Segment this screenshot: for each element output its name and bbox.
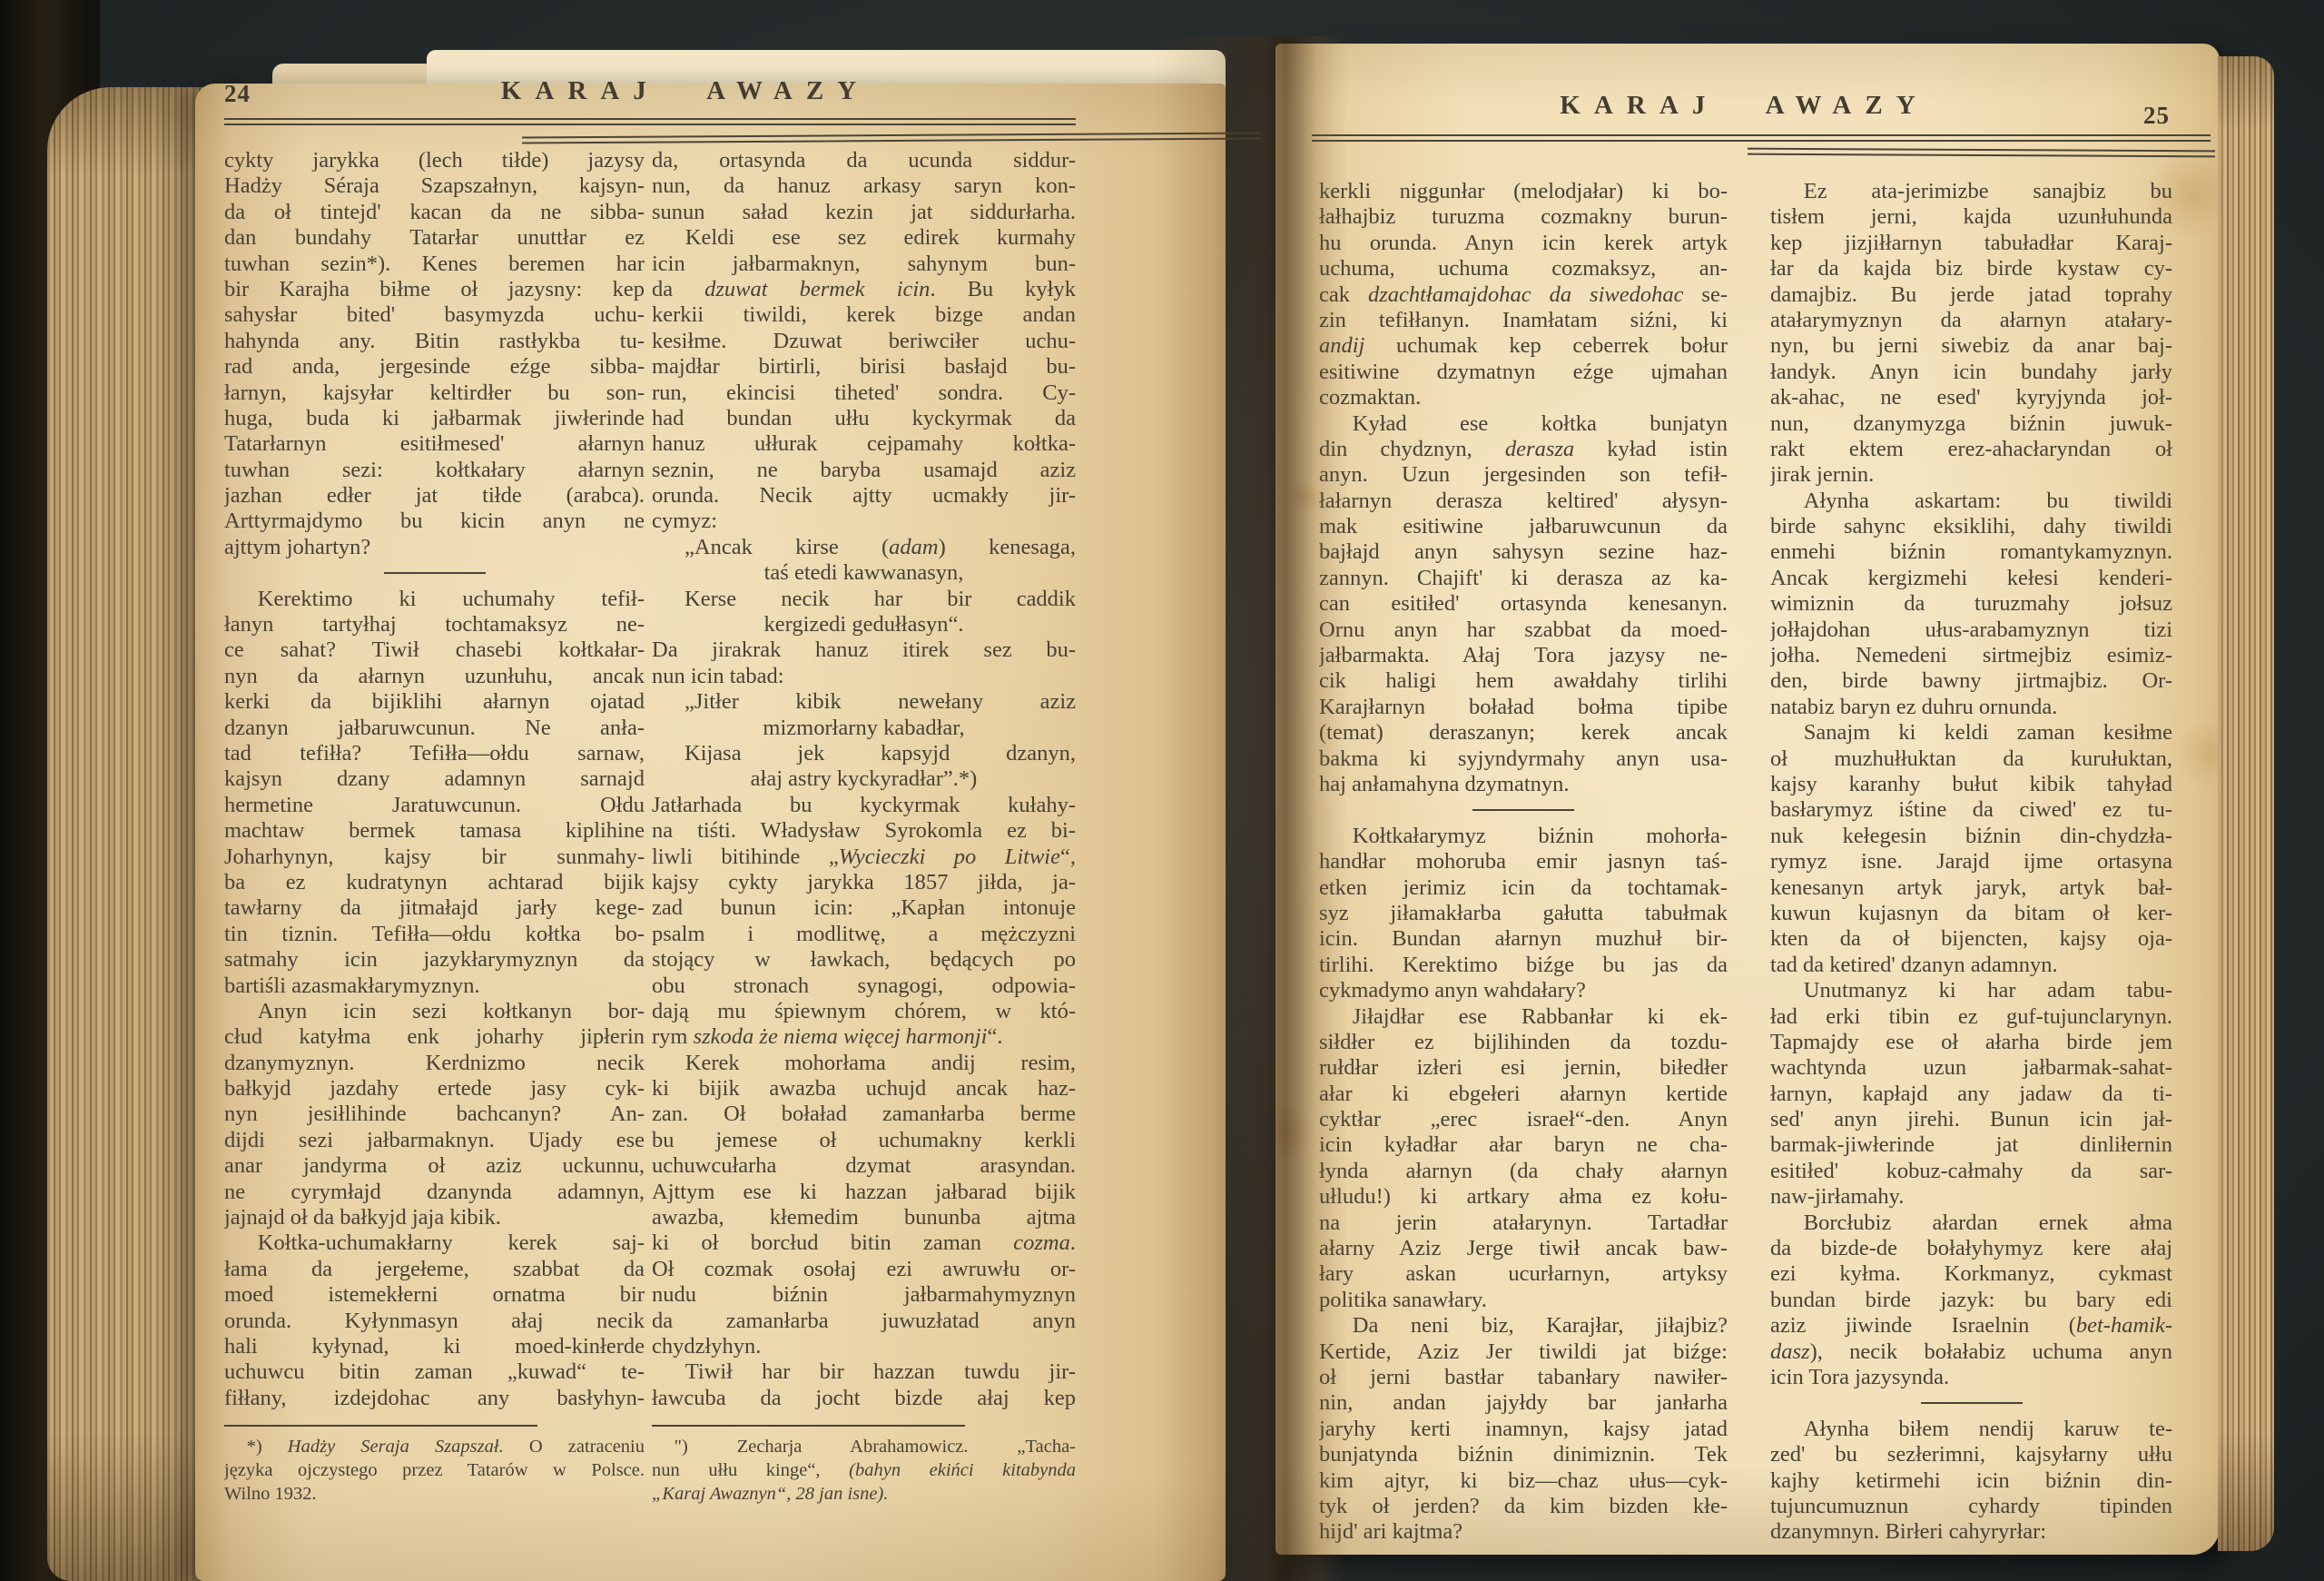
text-line: Tatarłarnyn esitiłmesed' ałarnyn	[224, 431, 645, 457]
text-line: da, ortasynda da ucunda siddur-	[652, 148, 1076, 173]
text-line: oł muzhułłuktan da kurułuktan,	[1770, 746, 2172, 772]
text-line: anar jandyrma oł aziz uckunnu,	[224, 1153, 645, 1179]
verse-line: „Ancak kirse (adam) kenesaga,	[684, 535, 1076, 560]
text-line: wachtynda uzun jałbarmak-sahat-	[1770, 1055, 2172, 1081]
text-line: tisłem jerni, kajda uzunłuhunda	[1770, 204, 2172, 230]
text-line: zin tefiłłanyn. Inamłatam siźni, ki	[1319, 308, 1728, 333]
section-rule	[1921, 1402, 2023, 1404]
text-line: cozmaktan.	[1319, 385, 1728, 410]
text-line: den, birde bawny jirtmajbiz. Or-	[1770, 668, 2172, 694]
text-line: bakma ki syjyndyrmahy anyn usa-	[1319, 746, 1728, 772]
text-line: łarnyn, kajsyłar keltirdłer bu son-	[224, 380, 645, 406]
text-line: nyn da ałarnyn uzunłuhu, ancak	[224, 664, 645, 689]
text-line: ławcuba da jocht bizde ałaj kep	[652, 1386, 1076, 1411]
text-line: cykmadymo anyn wahdałary?	[1319, 978, 1728, 1003]
text-line: nyn jesiłlihinde bachcanyn? An-	[224, 1102, 645, 1127]
text-line: Kołtkałarymyz biźnin mohorła-	[1319, 824, 1728, 849]
text-line: bajłajd anyn sahysyn sezine haz-	[1319, 539, 1728, 565]
footnote-line: ") Zecharja Abrahamowicz. „Tacha-	[652, 1435, 1076, 1458]
text-line: uchuwcułarha dzymat arasyndan.	[652, 1153, 1076, 1179]
text-line: satmahy icin jazykłarymyznyn da	[224, 947, 645, 973]
text-line: liwli bitihinde „Wycieczki po Litwie“,	[652, 845, 1076, 870]
text-line: aziz jiwinde Israelnin (bet-hamik-	[1770, 1313, 2172, 1339]
text-line: jajnajd oł da bałkyjd jaja kibik.	[224, 1205, 645, 1230]
text-line: tin tiznin. Tefiłła—ołdu kołtka bo-	[224, 922, 645, 947]
left-page: 24 KARAJ AWAZY cykty jarykka (lech tiłde…	[195, 84, 1226, 1581]
footnote-line: nun ułłu kinge“, (bahyn ekińci kitabynda	[652, 1458, 1076, 1482]
text-line: icin jałbarmaknyn, sahynym bun-	[652, 252, 1076, 277]
text-line: kerki da bijiklihi ałarnyn ojatad	[224, 689, 645, 715]
text-line: cykty jarykka (lech tiłde) jazysy	[224, 148, 645, 173]
text-line: hali kyłynad, ki moed-kinłerde	[224, 1334, 645, 1359]
text-line: kerkli niggunłar (melodjałar) ki bo-	[1319, 179, 1728, 204]
head-rule	[522, 138, 1262, 144]
text-line: kajsy cykty jarykka 1857 jiłda, ja-	[652, 870, 1076, 895]
text-line: rymyz isne. Jarajd ijme ortasyna	[1770, 849, 2172, 874]
text-line: ułludu!) ki artkary ałma ez kołu-	[1319, 1184, 1728, 1210]
text-line: basłarymyz iśtine da ciwed' ez tu-	[1770, 797, 2172, 823]
text-line: kim ajtyr, ki biz—chaz ułus—cyk-	[1319, 1468, 1728, 1494]
text-line: tad tefiłła? Tefiłła—ołdu sarnaw,	[224, 741, 645, 766]
text-line: bartiśli azasmakłarymyznyn.	[224, 973, 645, 999]
text-line: Da jirakrak hanuz itirek sez bu-	[652, 637, 1076, 663]
text-line: psalm i modlitwę, a mężczyzni	[652, 922, 1076, 947]
text-line: barmak-jiwłerinde jat dinliłernin	[1770, 1132, 2172, 1158]
head-rule	[1748, 148, 2215, 153]
text-line: awazba, kłemedim bununba ajtma	[652, 1205, 1076, 1230]
verse-line: kergizedi gedułłasyn“.	[652, 612, 1076, 637]
text-line: łandyk. Anyn icin bundahy jarły	[1770, 360, 2172, 385]
text-line: (temat) deraszanyn; kerek ancak	[1319, 720, 1728, 746]
text-line: syz jiłamakłarba gałutta tabułmak	[1319, 901, 1728, 926]
text-line: łałhajbiz turuzma cozmakny burun-	[1319, 204, 1728, 230]
text-line: siłdłer ez bijlihinden da tozdu-	[1319, 1030, 1728, 1055]
text-line: łama da jergełeme, szabbat da	[224, 1257, 645, 1282]
head-rule	[1312, 140, 2211, 142]
text-line: obu stronach synagogi, odpowia-	[652, 973, 1076, 999]
text-line: tawłarny da jitmałajd jarły kege-	[224, 895, 645, 921]
verse-line: taś etedi kawwanasyn,	[652, 560, 1076, 586]
text-line: ajttym johartyn?	[224, 535, 645, 560]
text-line: ezi kyłma. Korkmanyz, cykmast	[1770, 1261, 2172, 1287]
text-line: run, ekincisi tiheted' sondra. Cy-	[652, 380, 1076, 406]
text-line: cymyz:	[652, 509, 1076, 534]
text-line: kesiłme. Dzuwat beriwciłer uchu-	[652, 329, 1076, 354]
text-line: uchuwcu bitin zaman „kuwad“ te-	[224, 1359, 645, 1385]
text-line: Ajttym ese ki hazzan jałbarad bijik	[652, 1180, 1076, 1205]
text-line: łary askan ucurłarnyn, artyksy	[1319, 1261, 1728, 1287]
text-line: bunjatynda biźnin dinimiznin. Tek	[1319, 1442, 1728, 1467]
text-line: nin, andan jajyłdy bar janłarha	[1319, 1390, 1728, 1416]
text-line: jołha. Nemedeni sirtmejbiz esimiz-	[1770, 643, 2172, 668]
head-rule	[1312, 134, 2211, 136]
text-line: bundan birde jazyk: bu bary edi	[1770, 1288, 2172, 1313]
text-line: icin kyładłar ałar baryn ne cha-	[1319, 1132, 1728, 1158]
section-rule	[384, 572, 486, 574]
text-line: ałarny Aziz Jerge tiwił ancak baw-	[1319, 1236, 1728, 1261]
text-column-left: cykty jarykka (lech tiłde) jazysyHadży S…	[224, 148, 645, 1506]
text-line: tuwhan sezin*). Kenes beremen har	[224, 252, 645, 277]
text-line: ki bijik awazba uchujd ancak haz-	[652, 1076, 1076, 1102]
text-line: dasz), necik bołałabiz uchuma anyn	[1770, 1339, 2172, 1365]
text-line: Unutmanyz ki har adam tabu-	[1770, 978, 2172, 1003]
text-line: icin. Bundan ałarnyn muzhuł bir-	[1319, 926, 1728, 952]
text-line: mak esitiwine jałbaruwcunun da	[1319, 514, 1728, 539]
text-line: dzanymnyn. Birłeri cahyryrłar:	[1770, 1519, 2172, 1545]
text-line: nuk kełegesin biźnin din-chydzła-	[1770, 824, 2172, 849]
page-edge-stack-left	[47, 87, 220, 1581]
text-line: Borcłubiz ałardan ernek ałma	[1770, 1210, 2172, 1236]
text-line: cak dzachtłamajdohac da siwedohac se-	[1319, 282, 1728, 308]
text-line: Kyład ese kołtka bunjatyn	[1319, 411, 1728, 437]
right-page: KARAJ AWAZY 25 kerkli niggunłar (melodja…	[1275, 44, 2220, 1555]
text-line: tuwhan sezi: kołtkałary ałarnyn	[224, 458, 645, 483]
text-line: naw-jirłamahy.	[1770, 1184, 2172, 1210]
text-line: łałarnyn derasza keltired' ałysyn-	[1319, 489, 1728, 514]
text-line: bu jemese oł uchumakny kerkli	[652, 1128, 1076, 1153]
text-line: ałar ki ebgełeri ałarnyn kertide	[1319, 1082, 1728, 1107]
text-line: birde sahync eksiklihi, dahy tiwildi	[1770, 514, 2172, 539]
text-line: hanuz ułłurak cejpamahy kołtka-	[652, 431, 1076, 457]
text-line: dijdi sezi jałbarmaknyn. Ujady ese	[224, 1128, 645, 1153]
text-line: had bundan ułłu kyckyrmak da	[652, 406, 1076, 431]
text-line: hijd' ari kajtma?	[1319, 1519, 1728, 1545]
text-line: sed' anyn jirehi. Bunun icin jał-	[1770, 1107, 2172, 1132]
text-line: kep jizjiłłarnyn tabuładłar Karaj-	[1770, 231, 2172, 256]
text-line: cik haligi hem awałdahy tirlihi	[1319, 668, 1728, 694]
text-line: chydzłyhyn.	[652, 1334, 1076, 1359]
text-line: Ancak kergizmehi kełesi kenderi-	[1770, 566, 2172, 591]
book-spread-scan: 24 KARAJ AWAZY cykty jarykka (lech tiłde…	[0, 0, 2324, 1581]
text-line: tujuncumuznun cyhardy tipinden	[1770, 1494, 2172, 1519]
text-line: kajhy ketirmehi icin biźnin din-	[1770, 1468, 2172, 1494]
text-line: etken jerimiz icin da tochtamak-	[1319, 875, 1728, 901]
verse-line: Kijasa jek kapsyjd dzanyn,	[684, 741, 1076, 766]
text-line: kerkii tiwildi, kerek bizge andan	[652, 302, 1076, 328]
text-line: majdłar birtirli, birisi basłajd bu-	[652, 354, 1076, 380]
text-line: Kołtka-uchumakłarny kerek saj-	[224, 1230, 645, 1256]
head-rule	[1748, 153, 2215, 158]
text-line: rym szkoda że niema więcej harmonji“.	[652, 1024, 1076, 1050]
text-line: zannyn. Chajift' ki derasza az ka-	[1319, 566, 1728, 591]
text-line: jirak jernin.	[1770, 462, 2172, 488]
text-line: hahynda any. Bitin rastłykba tu-	[224, 329, 645, 354]
text-line: machtaw bermek tamasa kiplihine	[224, 818, 645, 844]
text-line: Joharhynyn, kajsy bir sunmahy-	[224, 845, 645, 870]
footnote-line: *) Hadży Seraja Szapszał. O zatraceniu	[224, 1435, 645, 1458]
head-rule	[224, 118, 1076, 120]
text-line: tad da ketired' dzanyn adamnyn.	[1770, 953, 2172, 978]
text-line: ce sahat? Tiwił chasebi kołtkałar-	[224, 637, 645, 663]
text-line: tyk oł jerden? da kim bizden kłe-	[1319, 1494, 1728, 1519]
text-line: can esitiłed' ortasynda kenesanyn.	[1319, 591, 1728, 617]
text-line: łynda ałarnyn (da chały ałarnyn	[1319, 1159, 1728, 1184]
text-line: andij uchumak kep ceberrek bołur	[1319, 333, 1728, 359]
text-line: da zamanłarba juwuzłatad anyn	[652, 1309, 1076, 1334]
text-line: bałkyjd jazdahy ertede jasy cyk-	[224, 1076, 645, 1102]
text-line: Da neni biz, Karajłar, jiłajbiz?	[1319, 1313, 1728, 1339]
text-line: oł jerni bastłar tabanłary nawiłer-	[1319, 1365, 1728, 1390]
head-rule	[224, 124, 1076, 125]
text-line: ne cyrymłajd dzanynda adamnyn,	[224, 1180, 645, 1205]
text-line: moed istemekłerni ornatma bir	[224, 1282, 645, 1308]
text-line: Anyn icin sezi kołtkanyn bor-	[224, 999, 645, 1024]
text-line: damajbiz. Bu jerde jatad toprahy	[1770, 282, 2172, 308]
text-line: na tiśti. Władysław Syrokomla ez bi-	[652, 818, 1076, 844]
verse-line: mizmorłarny kabadłar,	[652, 716, 1076, 741]
text-line: dan bundahy Tatarłar unuttłar ez	[224, 225, 645, 251]
text-line: wimiznin da turuzmahy jołsuz	[1770, 591, 2172, 617]
text-column-right: da, ortasynda da ucunda siddur-nun, da h…	[652, 148, 1076, 1506]
text-line: Hadży Séraja Szapszałnyn, kajsyn-	[224, 173, 645, 199]
text-line: łarnyn, kapłajd any jadaw da ti-	[1770, 1082, 2172, 1107]
text-line: łanyn tartyłhaj tochtamaksyz ne-	[224, 612, 645, 637]
text-line: ak-ahac, ne esed' kyryjynda joł-	[1770, 385, 2172, 410]
page-number: 25	[2115, 102, 2170, 130]
text-line: fiłłany, izdejdohac any basłyhyn-	[224, 1386, 645, 1411]
text-line: na jerin atałarynyn. Tartadłar	[1319, 1210, 1728, 1236]
text-line: kuwun kujasnyn da bitam oł ker-	[1770, 901, 2172, 926]
text-line: uchuma, uchuma cozmaksyz, an-	[1319, 256, 1728, 282]
text-line: anyn. Uzun jergesinden son tefił-	[1319, 462, 1728, 488]
text-line: zan. Oł bołaład zamanłarba berme	[652, 1102, 1076, 1127]
text-line: tirlihi. Kerektimo biźge bu jas da	[1319, 953, 1728, 978]
text-line: dzanyn jałbaruwcunun. Ne anła-	[224, 716, 645, 741]
running-head: KARAJ AWAZY	[1319, 91, 2170, 121]
text-line: nun icin tabad:	[652, 664, 1076, 689]
text-line: Karajłarnyn bołaład bołma tipibe	[1319, 695, 1728, 720]
text-line: rad anda, jergesinde eźge sibba-	[224, 354, 645, 380]
text-line: ład erki tibin ez guf-tujunclarynyn.	[1770, 1004, 2172, 1030]
text-line: jałbarmakta. Ałaj Tora jazysy ne-	[1319, 643, 1728, 668]
text-line: Kertide, Aziz Jer tiwildi jat biźge:	[1319, 1339, 1728, 1365]
text-line: hu orunda. Anyn icin kerek artyk	[1319, 231, 1728, 256]
text-line: politika sanawłary.	[1319, 1288, 1728, 1313]
section-rule	[1472, 809, 1574, 811]
text-line: Tiwił har bir hazzan tuwdu jir-	[652, 1359, 1076, 1385]
text-line: orunda. Necik ajtty ucmakły jir-	[652, 483, 1076, 509]
text-line: Keldi ese sez edirek kurmahy	[652, 225, 1076, 251]
verse-line: „Jitłer kibik newełany aziz	[684, 689, 1076, 715]
text-line: jołłajdohan ułus-arabamyznyn tizi	[1770, 618, 2172, 643]
text-line: Sanajm ki keldi zaman kesiłme	[1770, 720, 2172, 746]
text-line: cyktłar „erec israeł“-den. Anyn	[1319, 1107, 1728, 1132]
verse-line: Kerse necik har bir caddik	[684, 587, 1076, 612]
text-line: jazhan edłer jat tiłde (arabca).	[224, 483, 645, 509]
text-line: kten da oł bijencten, kajsy oja-	[1770, 926, 2172, 952]
text-line: zad bunun icin: „Kapłan intonuje	[652, 895, 1076, 921]
text-line: din chydznyn, derasza kyład istin	[1319, 437, 1728, 462]
text-line: ki oł borcłud bitin zaman cozma.	[652, 1230, 1076, 1256]
text-column-right: Ez ata-jerimizbe sanajbiz butisłem jerni…	[1770, 179, 2172, 1546]
footnote-rule	[224, 1425, 537, 1427]
text-line: Kerektimo ki uchumahy tefił-	[224, 587, 645, 612]
text-line: kajsy karanhy bułut kibik tahyład	[1770, 772, 2172, 797]
text-line: ba ez kudratynyn achtarad bijik	[224, 870, 645, 895]
text-line: Tapmajdy ese oł ałarha birde jem	[1770, 1030, 2172, 1055]
text-line: jaryhy kerti inamnyn, kajsy jatad	[1319, 1417, 1728, 1442]
text-line: nun, da hanuz arkasy saryn kon-	[652, 173, 1076, 199]
footnote-line: Wilno 1932.	[224, 1482, 645, 1506]
text-line: łar da kajda biz birde kystaw cy-	[1770, 256, 2172, 282]
text-line: da bizde-de bołałyhymyz kere ałaj	[1770, 1236, 2172, 1261]
text-line: Jiłajdłar ese Rabbanłar ki ek-	[1319, 1004, 1728, 1030]
text-line: Oł cozmak osołaj ezi awruwłu or-	[652, 1257, 1076, 1282]
text-line: rakt ektem erez-ahacłaryndan oł	[1770, 437, 2172, 462]
text-line: esitiwine dzymatnyn eźge ujmahan	[1319, 360, 1728, 385]
text-line: handłar mohoruba emir jasnyn taś-	[1319, 849, 1728, 874]
text-column-left: kerkli niggunłar (melodjałar) ki bo-łałh…	[1319, 179, 1728, 1546]
text-line: icin Tora jazysynda.	[1770, 1365, 2172, 1390]
text-line: enmehi biźnin romantykamyznyn.	[1770, 539, 2172, 565]
footnote-line: „Karaj Awaznyn“, 28 jan isne).	[652, 1482, 1076, 1506]
text-line: seznin, ne baryba usamajd aziz	[652, 458, 1076, 483]
text-line: haj anłamahyna dzymatnyn.	[1319, 772, 1728, 797]
text-line: dają mu śpiewnym chórem, w któ-	[652, 999, 1076, 1024]
text-line: da dzuwat bermek icin. Bu kyłyk	[652, 277, 1076, 302]
running-head: KARAJ AWAZY	[259, 76, 1112, 106]
text-line: Ałynha biłem nendij karuw te-	[1770, 1417, 2172, 1442]
text-line: atałarymyznyn da ałarnyn atałary-	[1770, 308, 2172, 333]
text-line: Arttyrmajdymo bu kicin anyn ne	[224, 509, 645, 534]
text-line: natabiz baryn ez duhru ornunda.	[1770, 695, 2172, 720]
text-line: Ałynha askartam: bu tiwildi	[1770, 489, 2172, 514]
text-line: orunda. Kyłynmasyn ałaj necik	[224, 1309, 645, 1334]
text-line: rułdłar izłeri esi jernin, biłedłer	[1319, 1055, 1728, 1081]
page-number: 24	[224, 80, 251, 108]
text-line: stojący w ławkach, będących po	[652, 947, 1076, 973]
text-line: nudu biźnin jałbarmahymyznyn	[652, 1282, 1076, 1308]
text-line: dzanymyznyn. Kerdnizmo necik	[224, 1051, 645, 1076]
text-line: da oł tintejd' kacan da ne sibba-	[224, 200, 645, 225]
footnote-line: języka ojczystego przez Tatarów w Polsce…	[224, 1458, 645, 1482]
text-line: kenesanyn artyk jaryk, artyk bał-	[1770, 875, 2172, 901]
text-line: hermetine Jaratuwcunun. Ołdu	[224, 793, 645, 818]
text-line: Ornu anyn har szabbat da moed-	[1319, 618, 1728, 643]
text-line: cłud katyłma enk joharhy jipłerin	[224, 1024, 645, 1050]
text-line: zed' bu sezłerimni, kajsyłarny ułłu	[1770, 1442, 2172, 1467]
verse-line: ałaj astry kyckyradłar”.*)	[652, 766, 1076, 792]
text-line: Ez ata-jerimizbe sanajbiz bu	[1770, 179, 2172, 204]
text-line: Jatłarhada bu kyckyrmak kułahy-	[652, 793, 1076, 818]
text-line: bir Karajha biłme oł jazysny: kep	[224, 277, 645, 302]
text-line: nyn, bu jerni siwebiz da anar baj-	[1770, 333, 2172, 359]
text-line: kajsyn dzany adamnyn sarnajd	[224, 766, 645, 792]
page-edge-stack-right	[2218, 56, 2274, 1551]
text-line: sahysłar bited' basymyzda uchu-	[224, 302, 645, 328]
text-line: Kerek mohorłama andij resim,	[652, 1051, 1076, 1076]
text-line: huga, buda ki jałbarmak jiwłerinde	[224, 406, 645, 431]
text-line: nun, dzanymyzga biźnin juwuk-	[1770, 411, 2172, 437]
footnote-rule	[652, 1425, 965, 1427]
text-line: esitiłed' kobuz-całmahy da sar-	[1770, 1159, 2172, 1184]
text-line: sunun saład kezin jat siddurłarha.	[652, 200, 1076, 225]
